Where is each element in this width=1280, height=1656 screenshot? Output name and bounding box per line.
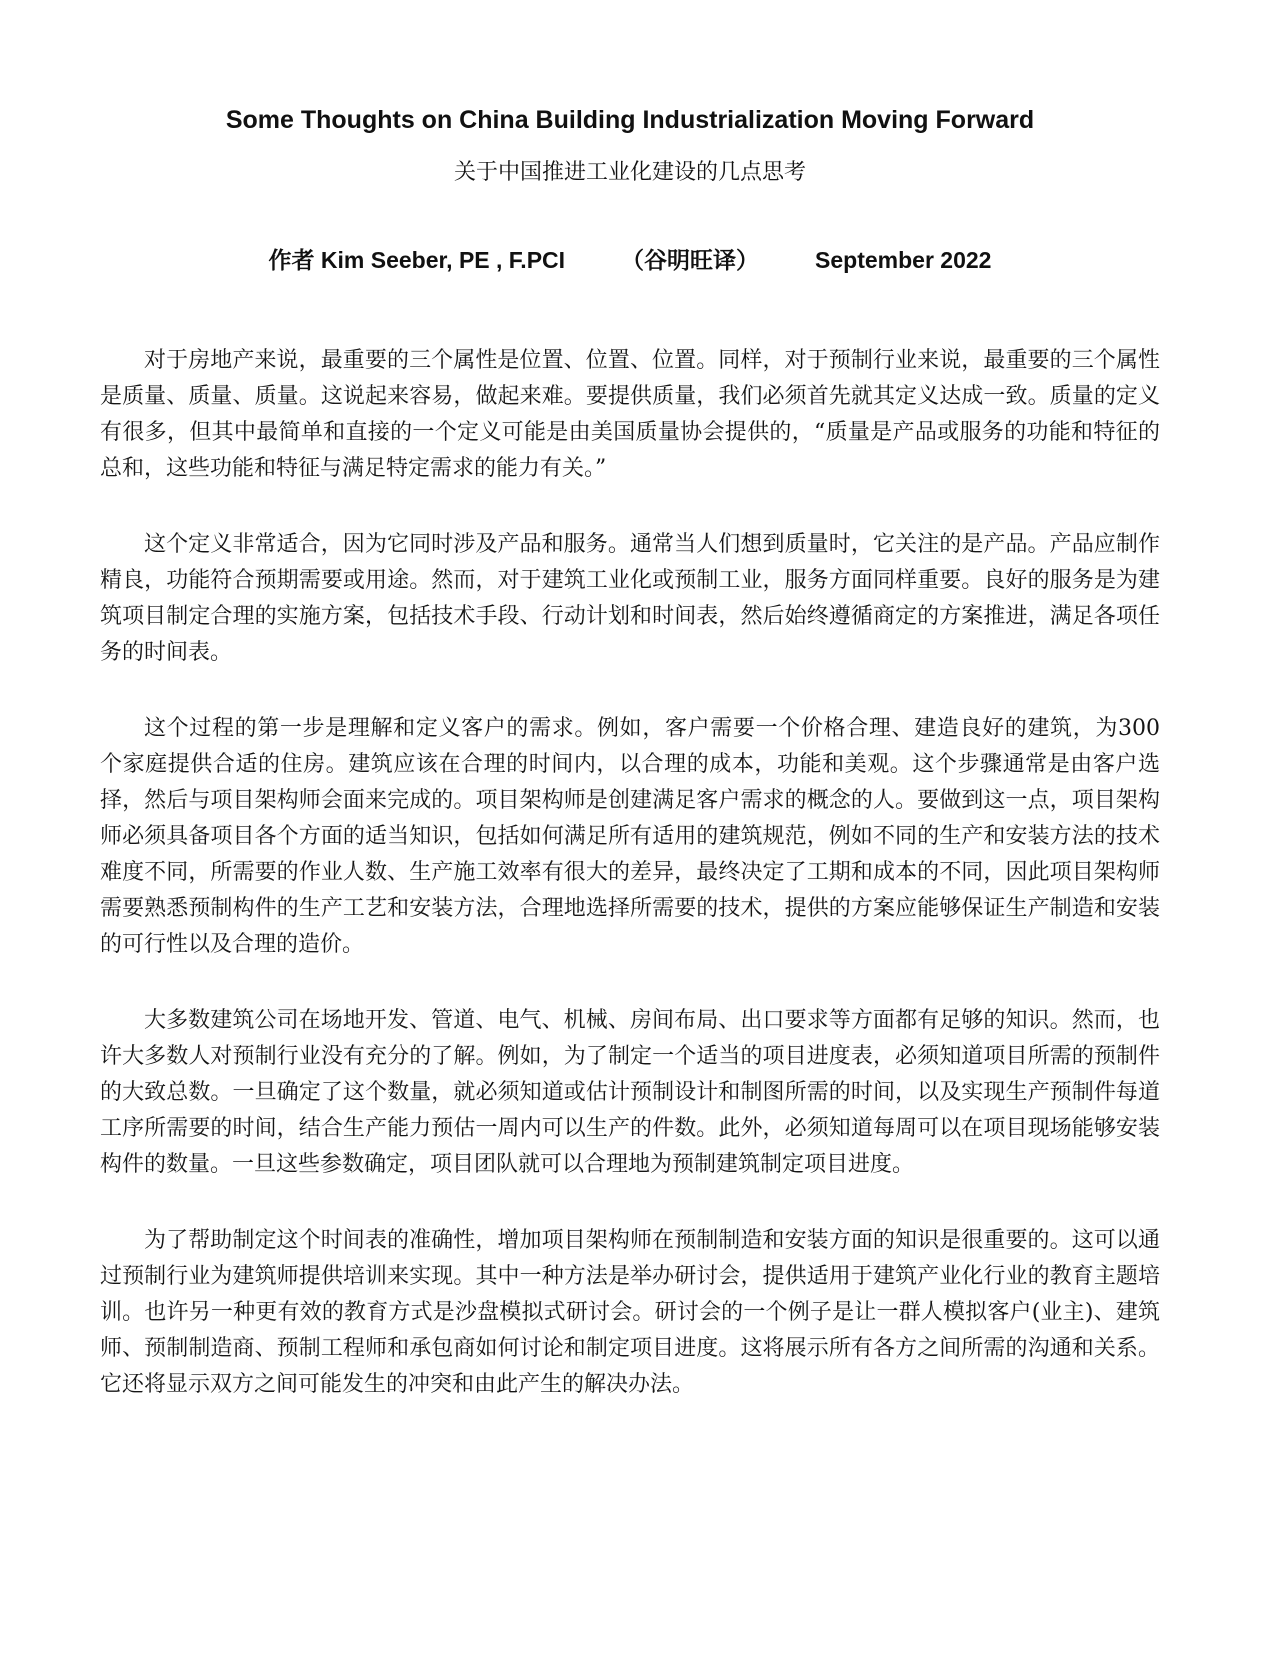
paragraph-construction-knowledge: 大多数建筑公司在场地开发、管道、电气、机械、房间布局、出口要求等方面都有足够的知… <box>100 1003 1160 1183</box>
document-page: Some Thoughts on China Building Industri… <box>0 0 1280 1656</box>
publication-date: September 2022 <box>815 246 991 276</box>
paragraph-product-and-service: 这个定义非常适合，因为它同时涉及产品和服务。通常当人们想到质量时，它关注的是产品… <box>100 527 1160 671</box>
document-body: 对于房地产来说，最重要的三个属性是位置、位置、位置。同样，对于预制行业来说，最重… <box>100 343 1160 1403</box>
author-name: 作者 Kim Seeber, PE , F.PCI <box>269 246 566 276</box>
author-byline: 作者 Kim Seeber, PE , F.PCI （谷明旺译） Septemb… <box>100 246 1160 276</box>
paragraph-training-workshops: 为了帮助制定这个时间表的准确性，增加项目架构师在预制制造和安装方面的知识是很重要… <box>100 1223 1160 1403</box>
paragraph-quality-definition: 对于房地产来说，最重要的三个属性是位置、位置、位置。同样，对于预制行业来说，最重… <box>100 343 1160 487</box>
paragraph-customer-needs: 这个过程的第一步是理解和定义客户的需求。例如，客户需要一个价格合理、建造良好的建… <box>100 711 1160 963</box>
document-title-english: Some Thoughts on China Building Industri… <box>100 105 1160 135</box>
translator-credit: （谷明旺译） <box>621 246 759 276</box>
document-subtitle-chinese: 关于中国推进工业化建设的几点思考 <box>100 159 1160 188</box>
